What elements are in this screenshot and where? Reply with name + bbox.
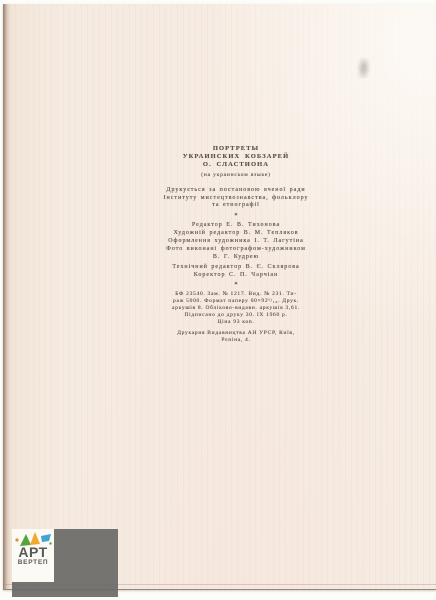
- book-title-line: УКРАИНСКИХ КОБЗАРЕЙ: [127, 153, 345, 161]
- star-divider-icon: ✶: [127, 213, 345, 219]
- colophon-text-block: ПОРТРЕТЫ УКРАИНСКИХ КОБЗАРЕЙ О. СЛАСТИОН…: [127, 145, 345, 344]
- watermark-brand-bottom: ВЕРТЕП: [18, 559, 48, 567]
- page-left-edge-shadow: [3, 4, 10, 589]
- imprint-line: раж 5000. Формат паперу 60×92¹/₁₆. Друк.: [127, 298, 345, 305]
- approval-line: Інституту мистецтвознавства, фольклору: [127, 195, 345, 203]
- watermark-brand-top: АРТ: [18, 546, 47, 559]
- credit-line: Редактор Е. В. Тихонова: [127, 221, 345, 229]
- credit-line: В. Г. Кудрею: [127, 253, 345, 261]
- language-note: (на украинском языке): [127, 171, 345, 179]
- printer-block: Друкарня Видавництва АН УРСР, Київ, Рєпі…: [127, 330, 345, 344]
- credit-line: Художній редактор В. М. Тепляков: [127, 229, 345, 237]
- credit-line: Технічний редактор В. Є. Склярова: [127, 263, 345, 271]
- art-vertep-logo: АРТ ВЕРТЕП: [12, 529, 54, 582]
- imprint-line: аркушів 8. Обліково-видавн. аркушів 3,61…: [127, 305, 345, 312]
- star-divider-icon: ✶: [127, 282, 345, 288]
- approval-line: Друкується за постановою вченої ради: [127, 187, 345, 195]
- printer-line: Друкарня Видавництва АН УРСР, Київ,: [127, 330, 345, 337]
- printer-line: Рєпіна, 4.: [127, 337, 345, 344]
- book-title-line: ПОРТРЕТЫ: [127, 145, 345, 153]
- ink-smudge-mark: [356, 58, 372, 78]
- imprint-line: Підписано до друку 30. IX 1960 р.: [127, 312, 345, 319]
- imprint-line: БФ 23540. Зам. № 1217. Вид. № 231. Ти-: [127, 291, 345, 298]
- imprint-block: БФ 23540. Зам. № 1217. Вид. № 231. Ти- р…: [127, 291, 345, 326]
- scanned-book-page: ПОРТРЕТЫ УКРАИНСКИХ КОБЗАРЕЙ О. СЛАСТИОН…: [3, 4, 436, 590]
- credit-line: Оформлення художника І. Т. Лагутіна: [127, 237, 345, 245]
- credit-line: Фото виконані фотографом-художником: [127, 245, 345, 253]
- imprint-line: Ціна 93 коп.: [127, 319, 345, 326]
- approval-line: та етнографії: [127, 202, 345, 210]
- book-title-line: О. СЛАСТИОНА: [127, 161, 345, 169]
- credit-line: Коректор С. П. Чарчіан: [127, 271, 345, 279]
- art-vertep-watermark: АРТ ВЕРТЕП: [12, 529, 118, 597]
- credits-block: Редактор Е. В. Тихонова Художній редакто…: [127, 221, 345, 279]
- approval-statement: Друкується за постановою вченої ради Інс…: [127, 187, 345, 210]
